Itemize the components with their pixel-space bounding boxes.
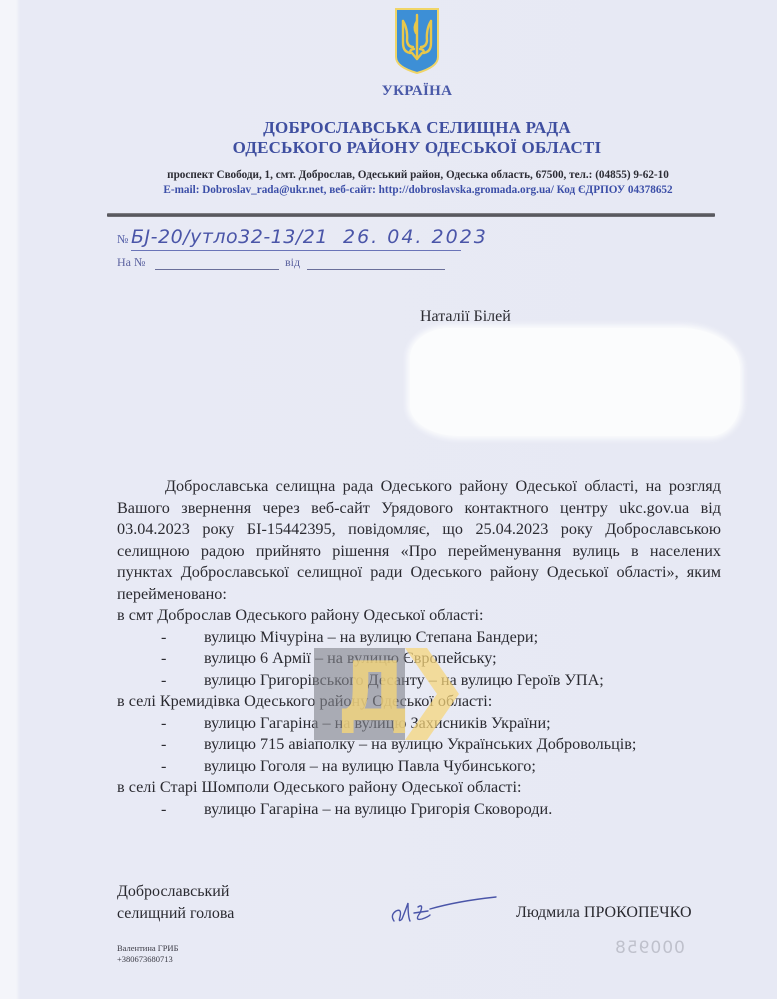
section-location: в селі Старі Шомполи Одеського району Од… (117, 777, 721, 799)
registration-underline (131, 250, 461, 251)
watermark-letter: Д (337, 643, 410, 743)
org-name-line2: ОДЕСЬКОГО РАЙОНУ ОДЕСЬКОЇ ОБЛАСТІ (0, 138, 777, 158)
country-name: УКРАЇНА (0, 83, 777, 100)
rename-list: -вулицю Гагаріна – на вулицю Григорія Ск… (117, 799, 721, 821)
ref-date-label: від (285, 255, 300, 270)
registration-number: БЈ-20/утло32-13/21 (131, 226, 328, 248)
bleed-through-number: 000958 (614, 938, 685, 958)
signatory-title: Доброславський селищний голова (117, 881, 234, 925)
body-intro: Доброславська селищна рада Одеського рай… (117, 476, 721, 605)
ref-number-label: На № (117, 255, 145, 270)
letterhead-divider (107, 213, 715, 217)
executor-info: Валентина ГРИБ +380673680713 (117, 943, 178, 964)
handwritten-signature (388, 893, 498, 927)
registration-date: 26. 04. 2023 (343, 226, 488, 248)
document-page: УКРАЇНА ДОБРОСЛАВСЬКА СЕЛИЩНА РАДА ОДЕСЬ… (0, 0, 777, 999)
executor-name: Валентина ГРИБ (117, 943, 178, 954)
list-item: -вулицю Гагаріна – на вулицю Григорія Ск… (117, 799, 721, 821)
signer-name: Людмила ПРОКОПЕЧКО (516, 904, 692, 922)
org-name-line1: ДОБРОСЛАВСЬКА СЕЛИЩНА РАДА (0, 118, 777, 138)
list-item: -вулицю Гоголя – на вулицю Павла Чубинсь… (117, 756, 721, 778)
section-location: в смт Доброслав Одеського району Одесько… (117, 605, 721, 627)
list-item: -вулицю Мічуріна – на вулицю Степана Бан… (117, 627, 721, 649)
ref-number-blank (155, 269, 279, 270)
ukraine-coat-of-arms-icon (394, 7, 440, 75)
number-label: № (117, 232, 128, 247)
ref-date-blank (307, 269, 445, 270)
org-address: проспект Свободи, 1, смт. Доброслав, Оде… (118, 169, 718, 181)
executor-phone: +380673680713 (117, 954, 178, 965)
addressee-name: Наталії Білей (420, 308, 511, 326)
reference-row: На № від (117, 255, 457, 273)
registration-number-row: № БЈ-20/утло32-13/21 26. 04. 2023 (117, 226, 477, 252)
redacted-address (410, 328, 740, 436)
org-contacts: E-mail: Dobroslav_rada@ukr.net, веб-сайт… (118, 184, 718, 196)
watermark-chevron-icon (405, 648, 459, 740)
